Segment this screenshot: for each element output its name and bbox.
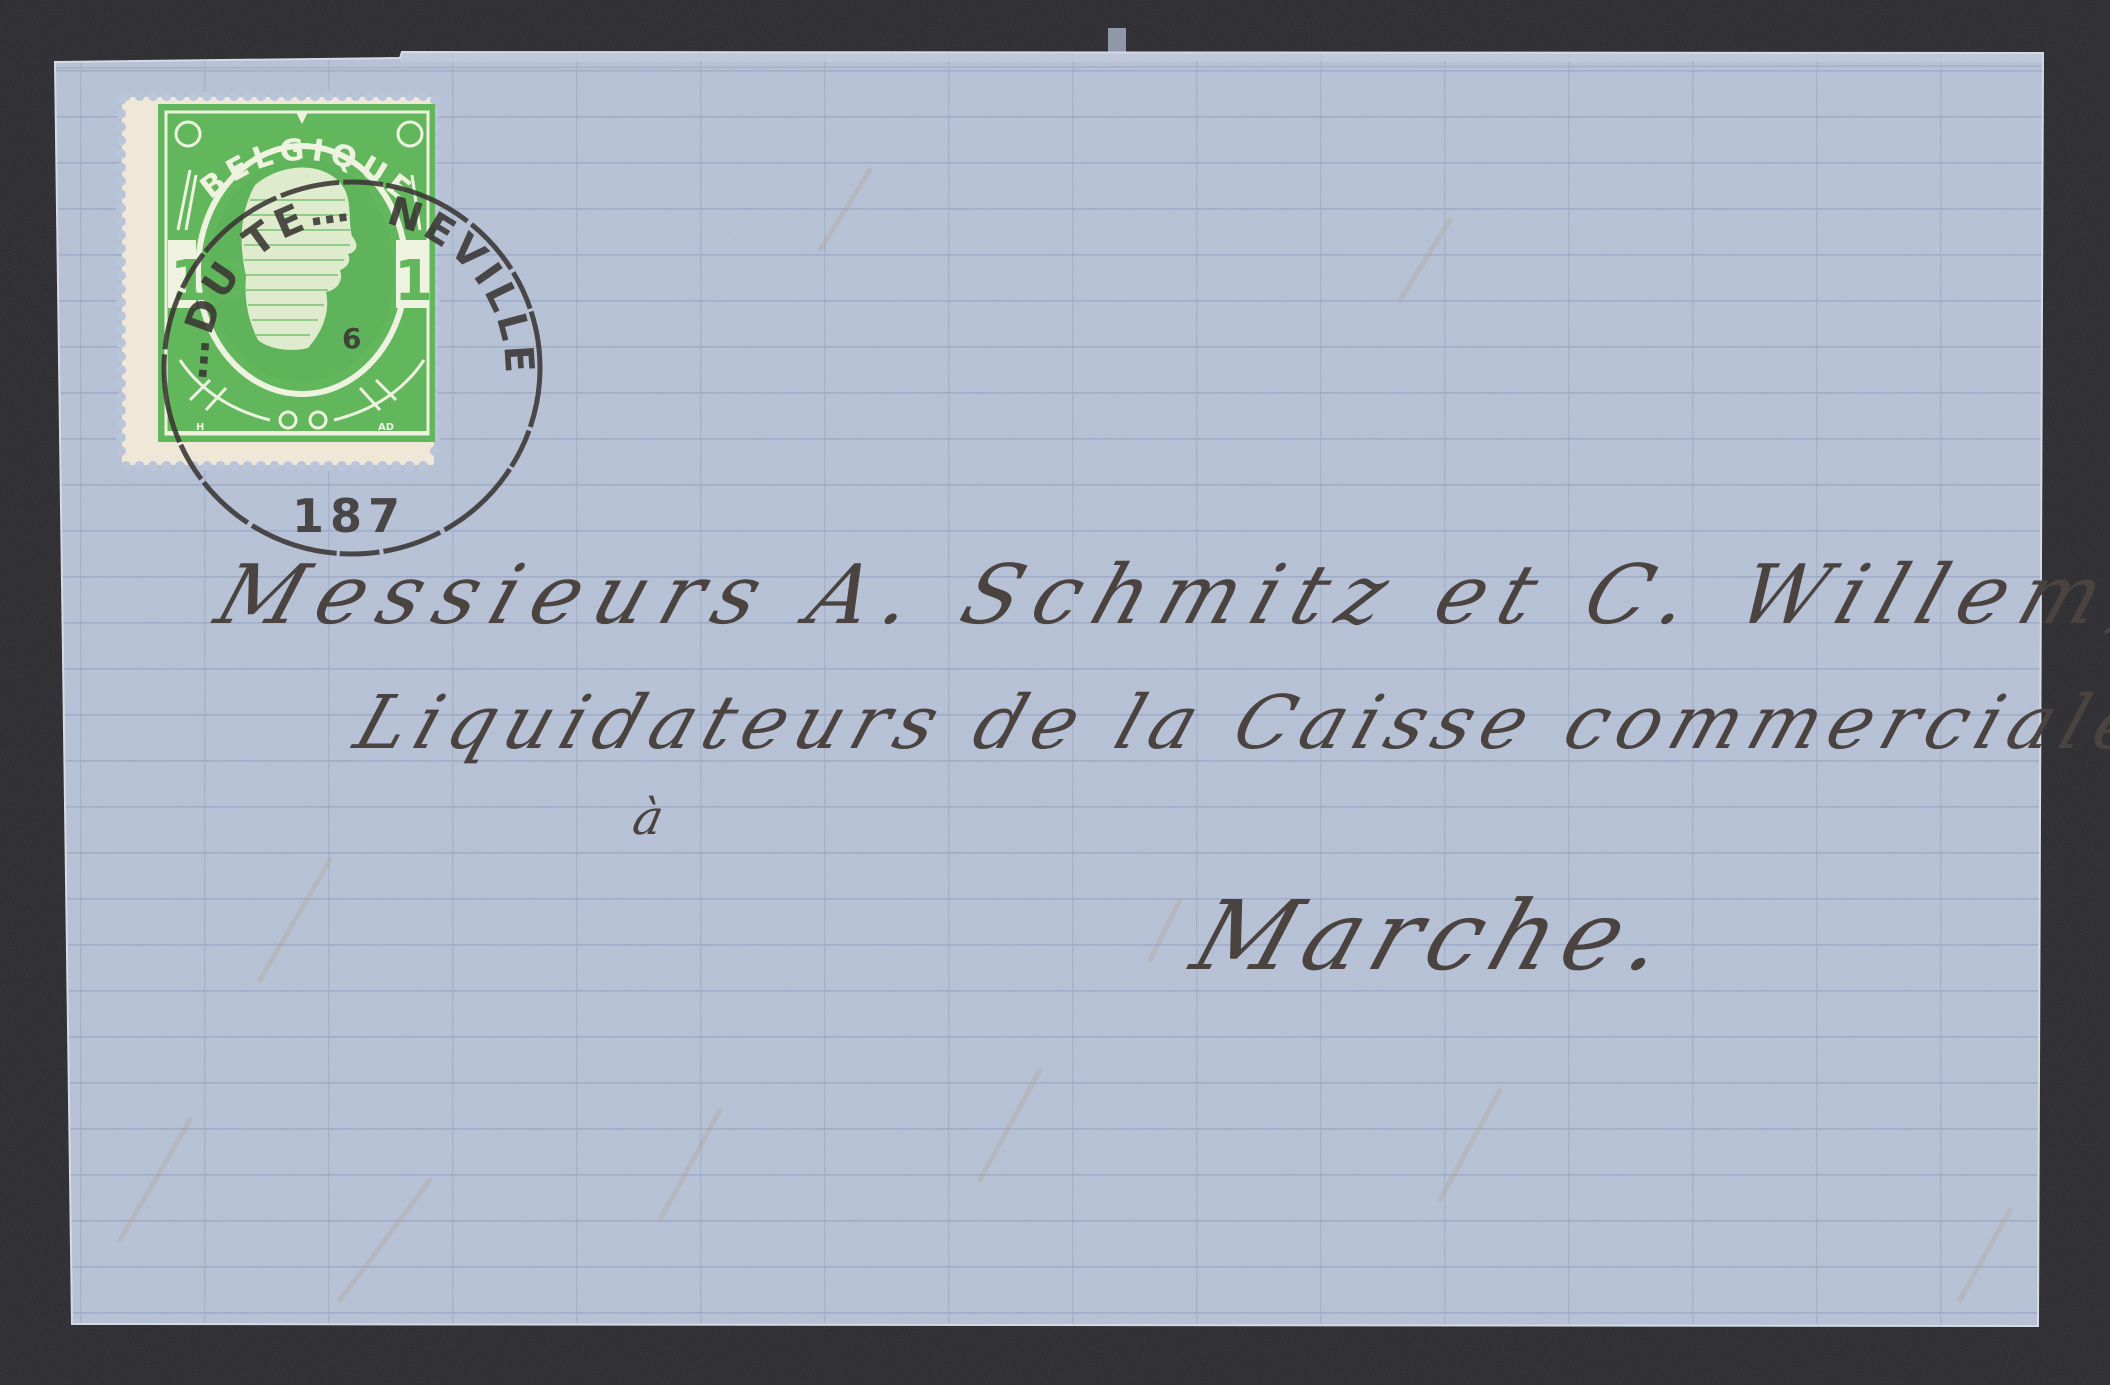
address-line-city: Marche. xyxy=(1180,880,1691,992)
stamp-imprint-right: AD xyxy=(378,422,394,433)
top-tab xyxy=(1108,28,1126,54)
address-line-title: Liquidateurs de la Caisse commerciale, xyxy=(345,680,2110,766)
postmark-center-mark: 6 xyxy=(342,322,361,355)
address-line-recipients: Messieurs A. Schmitz et C. Willem, xyxy=(205,548,2110,643)
postmark-year: 187 xyxy=(292,489,406,543)
stamp-imprint-left: H xyxy=(196,422,204,433)
